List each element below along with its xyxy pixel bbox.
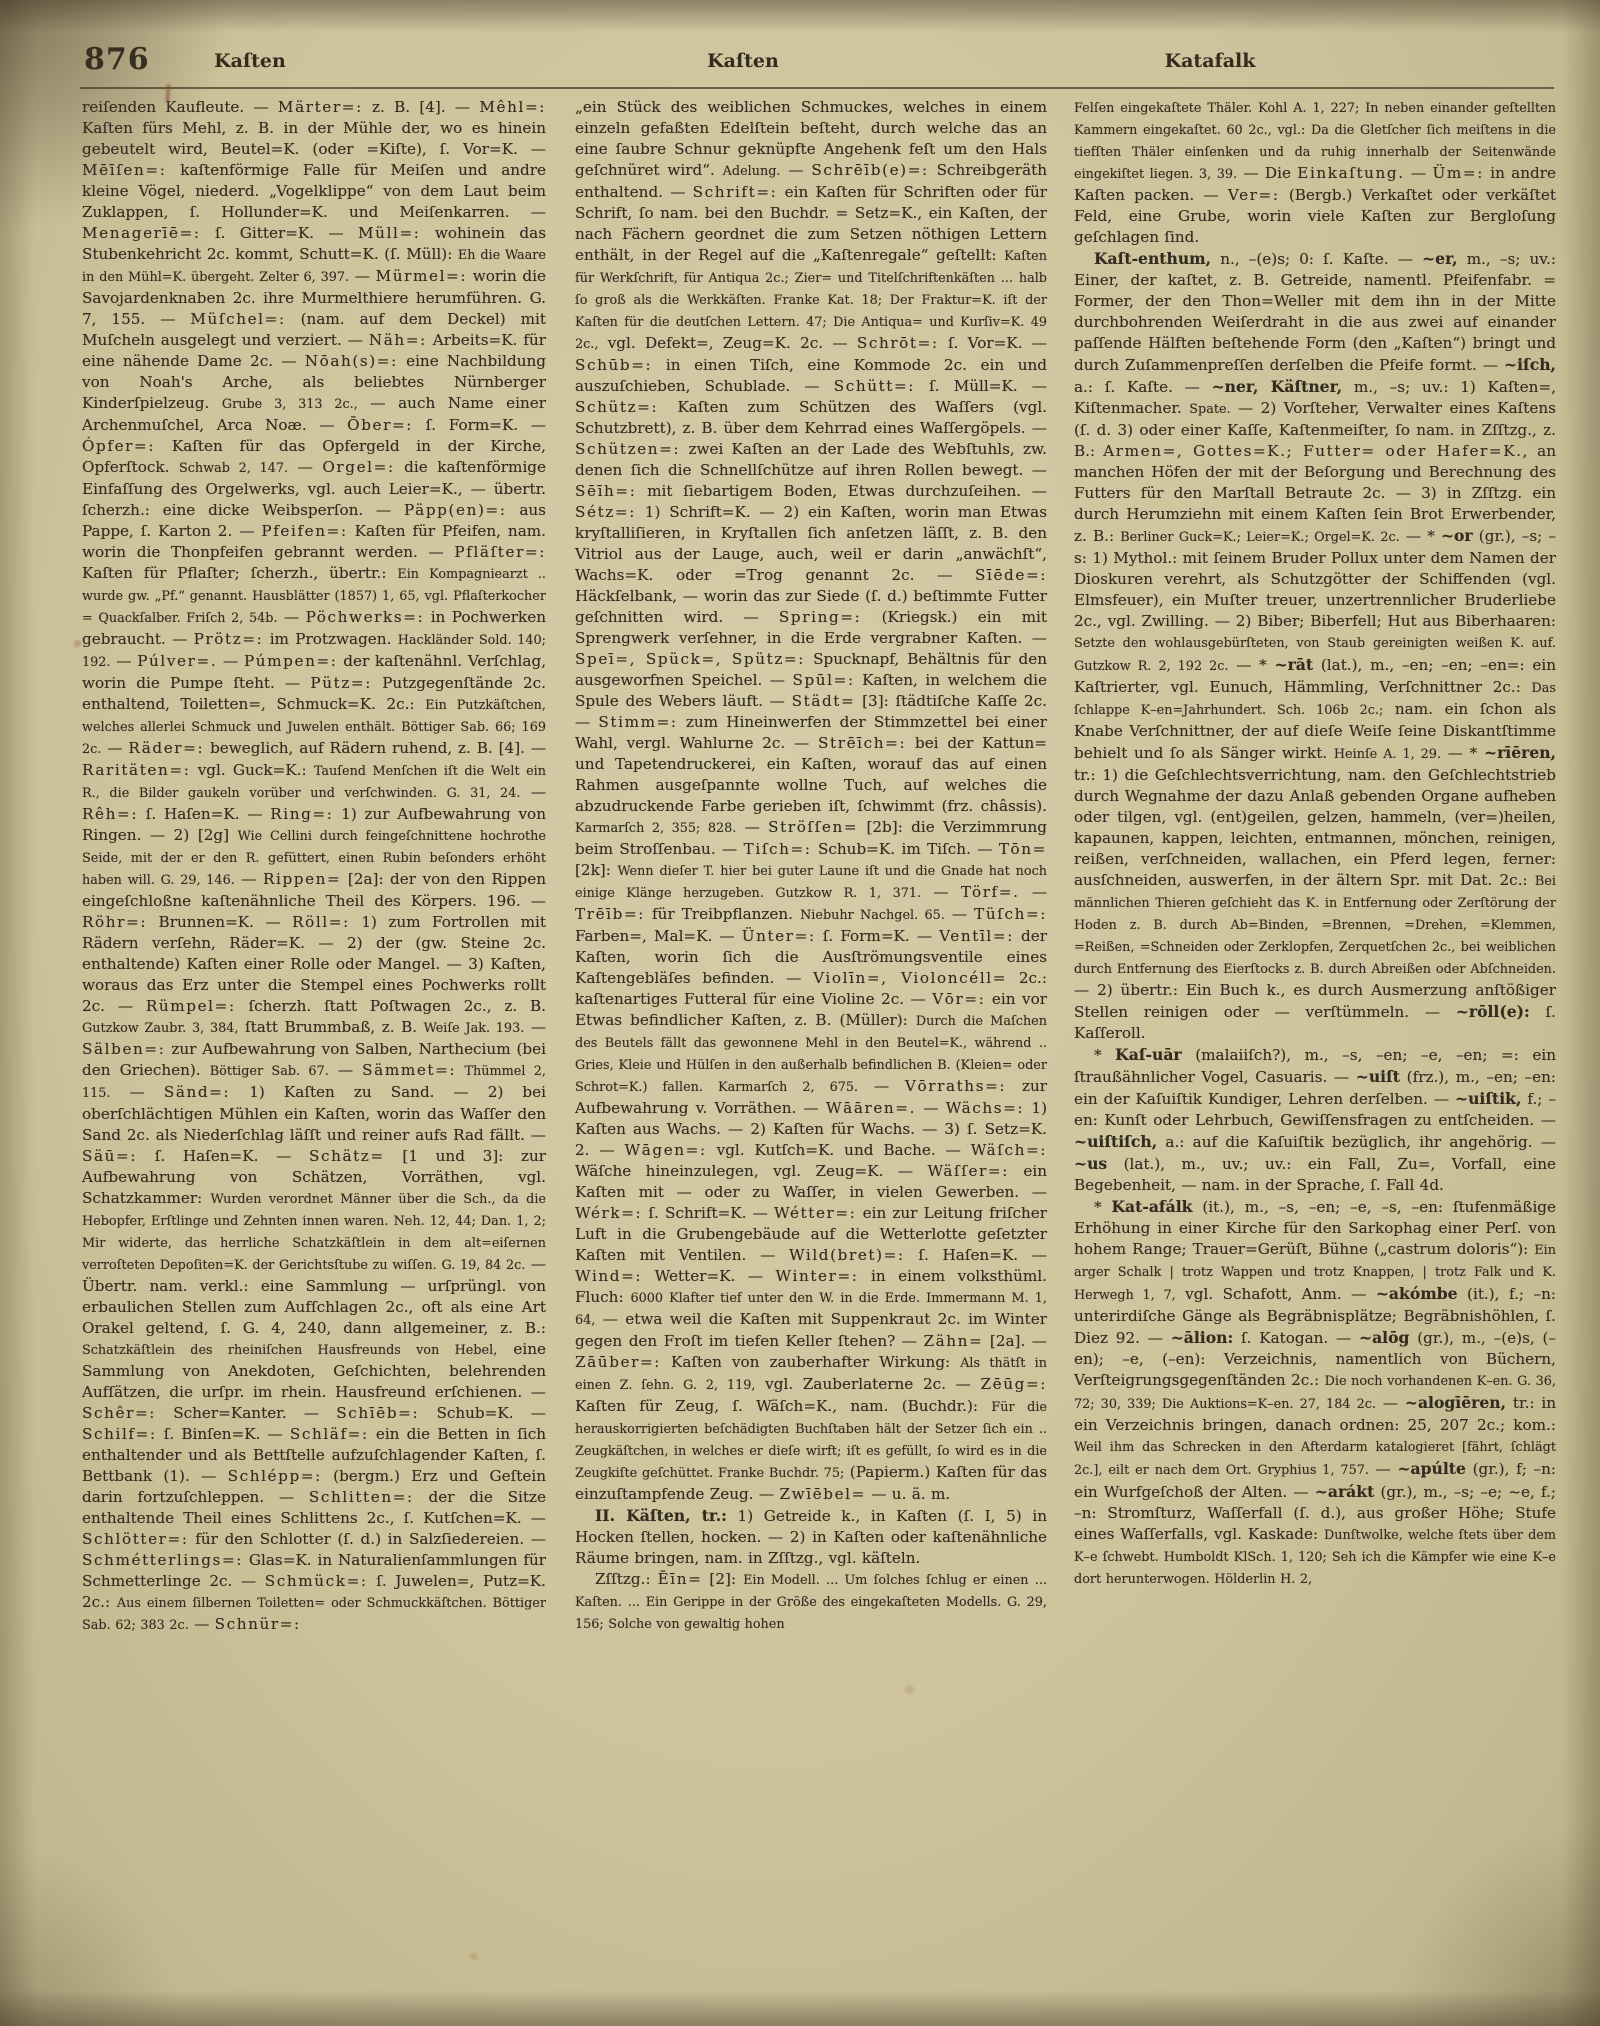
compound-headword: Mürmel=: (376, 267, 467, 285)
foxing-spot (905, 1685, 914, 1694)
body-text: * (1094, 1198, 1112, 1216)
body-text: im Protzwagen. (263, 630, 397, 648)
paragraph: II. Käſten, tr.: 1) Getreide k., in Kaſt… (575, 1505, 1047, 1569)
page-number: 876 (84, 42, 150, 77)
scanned-dictionary-page: 876 Kaſten Kaſten Katafalk reiſenden Kau… (0, 0, 1600, 2026)
body-text: — (329, 1061, 362, 1079)
compound-headword: Sänd=: (164, 1083, 230, 1101)
body-text: ſ. Haſen=K. — (138, 805, 270, 823)
citation-text: Grube 3, 313 2c., (222, 397, 358, 412)
compound-headword: Zähn= (923, 1332, 983, 1350)
entry-headword: ~uiſtik, (1455, 1089, 1521, 1108)
body-text: — (520, 783, 546, 801)
body-text: — (916, 1099, 946, 1117)
body-text: vgl. Defekt=, Zeug=K. 2c. — (598, 334, 856, 352)
compound-headword: Wäſſer=: (927, 1162, 1008, 1180)
paragraph: reiſenden Kaufleute. — Märter=: z. B. [4… (82, 97, 546, 1636)
compound-headword: Speī=, Spück=, Spütz=: (575, 650, 805, 668)
entry-headword: ~ner, Käſtner, (1212, 377, 1343, 396)
compound-headword: Mêhl=: (479, 98, 546, 116)
body-text: vgl. Guck=K.: (190, 761, 313, 779)
body-text: ſ. Form=K. — (413, 416, 546, 434)
compound-headword: Nōah(s)=: (305, 352, 398, 370)
entry-headword: ~iſch, (1504, 355, 1556, 374)
compound-headword: Schläf=: (290, 1425, 369, 1443)
citation-text: Gutzkow Zaubr. 3, 384, (82, 1021, 238, 1036)
compound-headword: Menagerīē=: (82, 224, 201, 242)
body-text: Kaſten von zauberhafter Wirkung: (661, 1353, 960, 1371)
body-text: Brunnen=K. — (147, 913, 292, 931)
compound-headword: Zwīēbel= (779, 1485, 866, 1503)
compound-headword: Spūl=: (792, 671, 854, 689)
body-text: — u. ä. m. (866, 1485, 950, 1503)
body-text: m., –s; uv.: Einer, der kaſtet, z. B. Ge… (1074, 250, 1556, 374)
compound-headword: Säū=: (82, 1147, 137, 1165)
body-text: — (524, 1018, 546, 1036)
body-text: [2a]. — (983, 1332, 1047, 1350)
compound-headword: Schlötter=: (82, 1530, 189, 1548)
body-text: Schub=K. im Tiſch. — (812, 840, 999, 858)
compound-headword: Prötz=: (194, 630, 264, 648)
text-column-left: reiſenden Kaufleute. — Märter=: z. B. [4… (82, 97, 546, 1636)
compound-headword: Schrēīb(e)=: (811, 161, 928, 179)
body-text: ſ. Binſen=K. — (157, 1425, 290, 1443)
body-text: — (1369, 1460, 1398, 1478)
body-text: n., –(e)s; 0: ſ. Kaſte. — (1211, 250, 1422, 268)
running-head-center: Kaſten (643, 50, 843, 72)
body-text: — (235, 870, 263, 888)
compound-headword: Púlver=. (137, 652, 217, 670)
paragraph: „ein Stück des weiblichen Schmuckes, wel… (575, 97, 1047, 1505)
body-text: — (736, 818, 768, 836)
entry-headword: Kaſ-uār (1115, 1045, 1182, 1064)
body-text: — * (1441, 744, 1484, 762)
body-text: Kaſten für Zeug, ſ. Wäſch=K., nam. (Buch… (575, 1397, 991, 1415)
compound-headword: Märter=: (278, 98, 363, 116)
compound-headword: Sīēde=: (975, 566, 1047, 584)
compound-headword: Einkaſtung. (1297, 164, 1404, 182)
body-text: ſ. Müll=K. — (915, 377, 1047, 395)
body-text: vgl. Schafott, Anm. — (1176, 1285, 1376, 1303)
page-header: 876 Kaſten Kaſten Katafalk (0, 0, 1600, 86)
compound-headword: Schêr=: (82, 1404, 156, 1422)
body-text: — (1020, 883, 1047, 901)
compound-headword: Schütt=: (834, 377, 915, 395)
compound-headword: Ópfer=: (82, 437, 155, 455)
compound-headword: Ströſſen= (768, 818, 858, 836)
compound-headword: Näh=: (369, 331, 427, 349)
compound-headword: Tōn= (999, 840, 1047, 858)
body-text: a.: auf die Kaſuiſtik bezüglich, ihr ang… (1157, 1133, 1556, 1151)
entry-headword: II. Käſten, tr.: (595, 1506, 727, 1525)
compound-headword: Pöchwerks=: (306, 608, 425, 626)
body-text: ſ. Form=K. — (816, 927, 939, 945)
body-text: — (111, 652, 138, 670)
compound-headword: Wäſch=: (971, 1141, 1047, 1159)
body-text: Schub=K. — (419, 1404, 546, 1422)
citation-text: Niebuhr Nachgel. 65. (800, 908, 945, 923)
compound-headword: Ōber=: (347, 416, 413, 434)
body-text: ſ. Vor=K. — (939, 334, 1047, 352)
compound-headword: Schnür=: (215, 1615, 301, 1633)
body-text: reiſenden Kaufleute. — (82, 98, 278, 116)
paragraph: * Kaſ-uār (malaiiſch?), m., –s, –en; –e,… (1074, 1044, 1556, 1196)
entry-headword: ~er, (1422, 249, 1458, 268)
compound-headword: Päpp(en)=: (404, 501, 507, 519)
body-text: Wetter=K. — (642, 1267, 775, 1285)
compound-headword: Schätz= (309, 1147, 385, 1165)
body-text: — (921, 883, 961, 901)
compound-headword: Rêh=: (82, 805, 138, 823)
entry-headword: ~akómbe (1376, 1284, 1458, 1303)
compound-headword: Violīn=, Violoncéll= (813, 969, 1007, 987)
body-text: Scher=Kanter. — (156, 1404, 336, 1422)
compound-headword: Törf=. (961, 883, 1020, 901)
compound-headword: Wétter=: (774, 1204, 856, 1222)
compound-headword: Üm=: (1432, 164, 1483, 182)
citation-text: Spate. (1189, 402, 1230, 417)
compound-headword: Trēīb=: (575, 905, 645, 923)
entry-headword: Kat-afálk (1112, 1197, 1193, 1216)
body-text: [2k]: (575, 861, 617, 879)
citation-text: Karmarſch 2, 355; 828. (575, 821, 736, 836)
compound-headword: Schilf=: (82, 1425, 157, 1443)
body-text: ſtatt Brummbaß, z. B. (238, 1018, 423, 1036)
body-text: für den Schlotter (ſ. d.) in Salzſiedere… (189, 1530, 546, 1548)
compound-headword: Räder=: (128, 739, 204, 757)
body-text: — (189, 1615, 215, 1633)
header-rule (80, 87, 1554, 89)
body-text: — (217, 652, 244, 670)
entry-headword: ~uiſt (1356, 1067, 1400, 1086)
body-text: Kaſten für Pflaſter; ſcherzh., übertr.: (82, 564, 397, 582)
running-head-left: Kaſten (150, 50, 350, 72)
citation-text: Adelung. (723, 164, 781, 179)
compound-headword: Schmück=: (265, 1572, 368, 1590)
body-text: vgl. Zauberlaterne 2c. — (756, 1375, 981, 1393)
compound-headword: Pfeifen=: (261, 522, 347, 540)
compound-headword: Schūb=: (575, 356, 652, 374)
compound-headword: Rippen= (263, 870, 341, 888)
compound-headword: Schützen=: (575, 440, 680, 458)
text-column-right: Felſen eingekaſtete Thäler. Kohl A. 1, 2… (1074, 97, 1556, 1590)
entry-headword: ~ālion: (1171, 1328, 1234, 1347)
compound-headword: Wind=: (575, 1267, 642, 1285)
entry-headword: ~arákt (1315, 1482, 1375, 1501)
body-text: ſcherzh. ſtatt Poſtwagen 2c., z. B. (236, 997, 546, 1015)
entry-headword: ~uiſtiſch, (1074, 1132, 1157, 1151)
citation-text: Aus einem ſilbernen Toiletten= oder Schm… (82, 1596, 546, 1633)
compound-headword: Wild(bret)=: (789, 1246, 905, 1264)
compound-headword: Zāūber=: (575, 1353, 661, 1371)
body-text: Farben=, Mal=K. — (575, 927, 742, 945)
body-text: — (1405, 164, 1433, 182)
body-text: — * (1400, 527, 1441, 545)
body-text: * (1094, 1046, 1115, 1064)
running-head-right: Katafalk (1100, 50, 1320, 72)
compound-headword: Rümpel=: (146, 997, 236, 1015)
body-text: — Die (1237, 164, 1297, 182)
body-text: — (101, 739, 128, 757)
compound-headword: Ver=: (1228, 186, 1280, 204)
compound-headword: Ring=: (270, 805, 333, 823)
compound-headword: Sälben=: (82, 1040, 165, 1058)
entry-headword: ~alogīēren, (1405, 1393, 1506, 1412)
body-text: Zſſtzg.: (595, 1570, 658, 1588)
body-text: — (858, 1077, 905, 1095)
compound-headword: Orgel=: (322, 458, 394, 476)
compound-headword: Müll=: (358, 224, 421, 242)
paragraph: * Kat-afálk (it.), m., –s, –en; –e, –s, … (1074, 1196, 1556, 1590)
body-text: Wäſche hineinzulegen, vgl. Zeug=K. — (575, 1162, 927, 1180)
compound-headword: Strēīch=: (818, 734, 906, 752)
compound-headword: Spring=: (779, 608, 861, 626)
compound-headword: Röhr=: (82, 913, 147, 931)
body-text: — (278, 608, 306, 626)
entry-headword: ~us (1074, 1154, 1107, 1173)
entry-headword: ~apúlte (1397, 1459, 1465, 1478)
entry-headword: ~or (1441, 526, 1473, 545)
compound-headword: Púmpen=: (244, 652, 338, 670)
entry-headword: Kaſt-enthum, (1094, 249, 1211, 268)
compound-headword: Stimm=: (598, 713, 677, 731)
body-text: [2]: (702, 1570, 743, 1588)
paragraph: Kaſt-enthum, n., –(e)s; 0: ſ. Kaſte. — ~… (1074, 248, 1556, 1044)
compound-headword: Röll=: (292, 913, 350, 931)
compound-headword: Schütz=: (575, 398, 658, 416)
body-text: — * (1228, 656, 1274, 674)
compound-headword: Ventīl=: (939, 927, 1014, 945)
text-column-center: „ein Stück des weiblichen Schmuckes, wel… (575, 97, 1047, 1635)
body-text: tr.: 1) die Geſchlechtsverrichtung, nam.… (1074, 766, 1556, 889)
body-text: — (945, 905, 974, 923)
compound-headword: Schlépp=: (228, 1467, 322, 1485)
compound-headword: Städt= (792, 692, 856, 710)
compound-headword: Zēūg=: (981, 1375, 1048, 1393)
foxing-spot (74, 640, 81, 647)
body-text: Kaſten fürs Mehl, z. B. in der Mühle der… (82, 119, 546, 158)
body-text: (lat.), m., uv.; uv.: ein Fall, Zu=, Vor… (1074, 1155, 1556, 1194)
compound-headword: Wāgen=: (625, 1141, 707, 1159)
body-text: für Treibpflanzen. (645, 905, 800, 923)
citation-text: Weiſe Jak. 193. (424, 1021, 525, 1036)
body-text: ſ. Gitter=K. — (201, 224, 358, 242)
compound-headword: Sétz=: (575, 503, 636, 521)
paragraph: Felſen eingekaſtete Thäler. Kohl A. 1, 2… (1074, 97, 1556, 248)
compound-headword: Ünter=: (742, 927, 816, 945)
compound-headword: Schrift=: (693, 183, 778, 201)
body-text: ſ. Schrift=K. — (642, 1204, 774, 1222)
compound-headword: Winter=: (776, 1267, 859, 1285)
paragraph: Zſſtzg.: Ēīn= [2]: Ein Modell. ... Um ſo… (575, 1569, 1047, 1635)
compound-headword: Tüſch=: (974, 905, 1047, 923)
body-text: — (780, 161, 811, 179)
compound-headword: Schmétterlings=: (82, 1551, 243, 1569)
compound-headword: Armen=, Gottes=K.; Futter= oder Hafer=K.… (1103, 442, 1529, 460)
citation-text: Schatzkäſtlein des rheiniſchen Hausfreun… (82, 1343, 497, 1358)
body-text: ſ. Haſen=K. — (137, 1147, 309, 1165)
citation-text: Heinſe A. 1, 29. (1334, 747, 1441, 762)
body-text: — (288, 458, 322, 476)
compound-headword: Ēīn= (658, 1570, 703, 1588)
compound-headword: Mēīſen=: (82, 161, 166, 179)
body-text: beweglich, auf Rädern ruhend, z. B. [4].… (204, 739, 546, 757)
body-text: a.: ſ. Kaſte. — (1074, 378, 1212, 396)
body-text: — (349, 267, 375, 285)
compound-headword: Wāāren=. (826, 1099, 916, 1117)
compound-headword: Tiſch=: (744, 840, 812, 858)
compound-headword: Pütz=: (310, 674, 372, 692)
foxing-spot (470, 1953, 478, 1960)
compound-headword: Schrōt=: (857, 334, 939, 352)
compound-headword: Müſchel=: (190, 310, 285, 328)
compound-headword: Schīēb=: (336, 1404, 419, 1422)
citation-text: Schwab 2, 147. (179, 461, 288, 476)
entry-headword: ~alōg (1359, 1328, 1409, 1347)
compound-headword: Sämmet=: (362, 1061, 456, 1079)
body-text: — (1376, 1394, 1405, 1412)
body-text: z. B. [4]. — (363, 98, 480, 116)
citation-text: Bei männlichen Thieren geſchieht das K. … (1074, 874, 1556, 977)
entry-headword: ~rīēren, (1484, 743, 1556, 762)
body-text: — (111, 1083, 164, 1101)
entry-headword: ~rōll(e): (1456, 1002, 1530, 1021)
compound-headword: Schlitten=: (309, 1488, 414, 1506)
compound-headword: Pfläſter=: (454, 543, 546, 561)
entry-headword: ~rāt (1275, 655, 1314, 674)
citation-text: Böttiger Sab. 67. (210, 1064, 329, 1079)
compound-headword: Raritäten=: (82, 761, 190, 779)
body-text: ſ. Katogan. — (1233, 1329, 1359, 1347)
compound-headword: Vōr=: (932, 990, 985, 1008)
body-text: vgl. Kutſch=K. und Bache. — (707, 1141, 971, 1159)
compound-headword: Vōrraths=: (905, 1077, 1006, 1095)
compound-headword: Wérk=: (575, 1204, 642, 1222)
citation-text: Berliner Guck=K.; Leier=K.; Orgel=K. 2c. (1120, 530, 1400, 545)
body-text: ſ. Haſen=K. — (905, 1246, 1047, 1264)
body-text: mit ſiebartigem Boden, Etwas durchzuſeih… (636, 482, 1047, 500)
compound-headword: Sēīh=: (575, 482, 636, 500)
compound-headword: Wächs=: (946, 1099, 1024, 1117)
